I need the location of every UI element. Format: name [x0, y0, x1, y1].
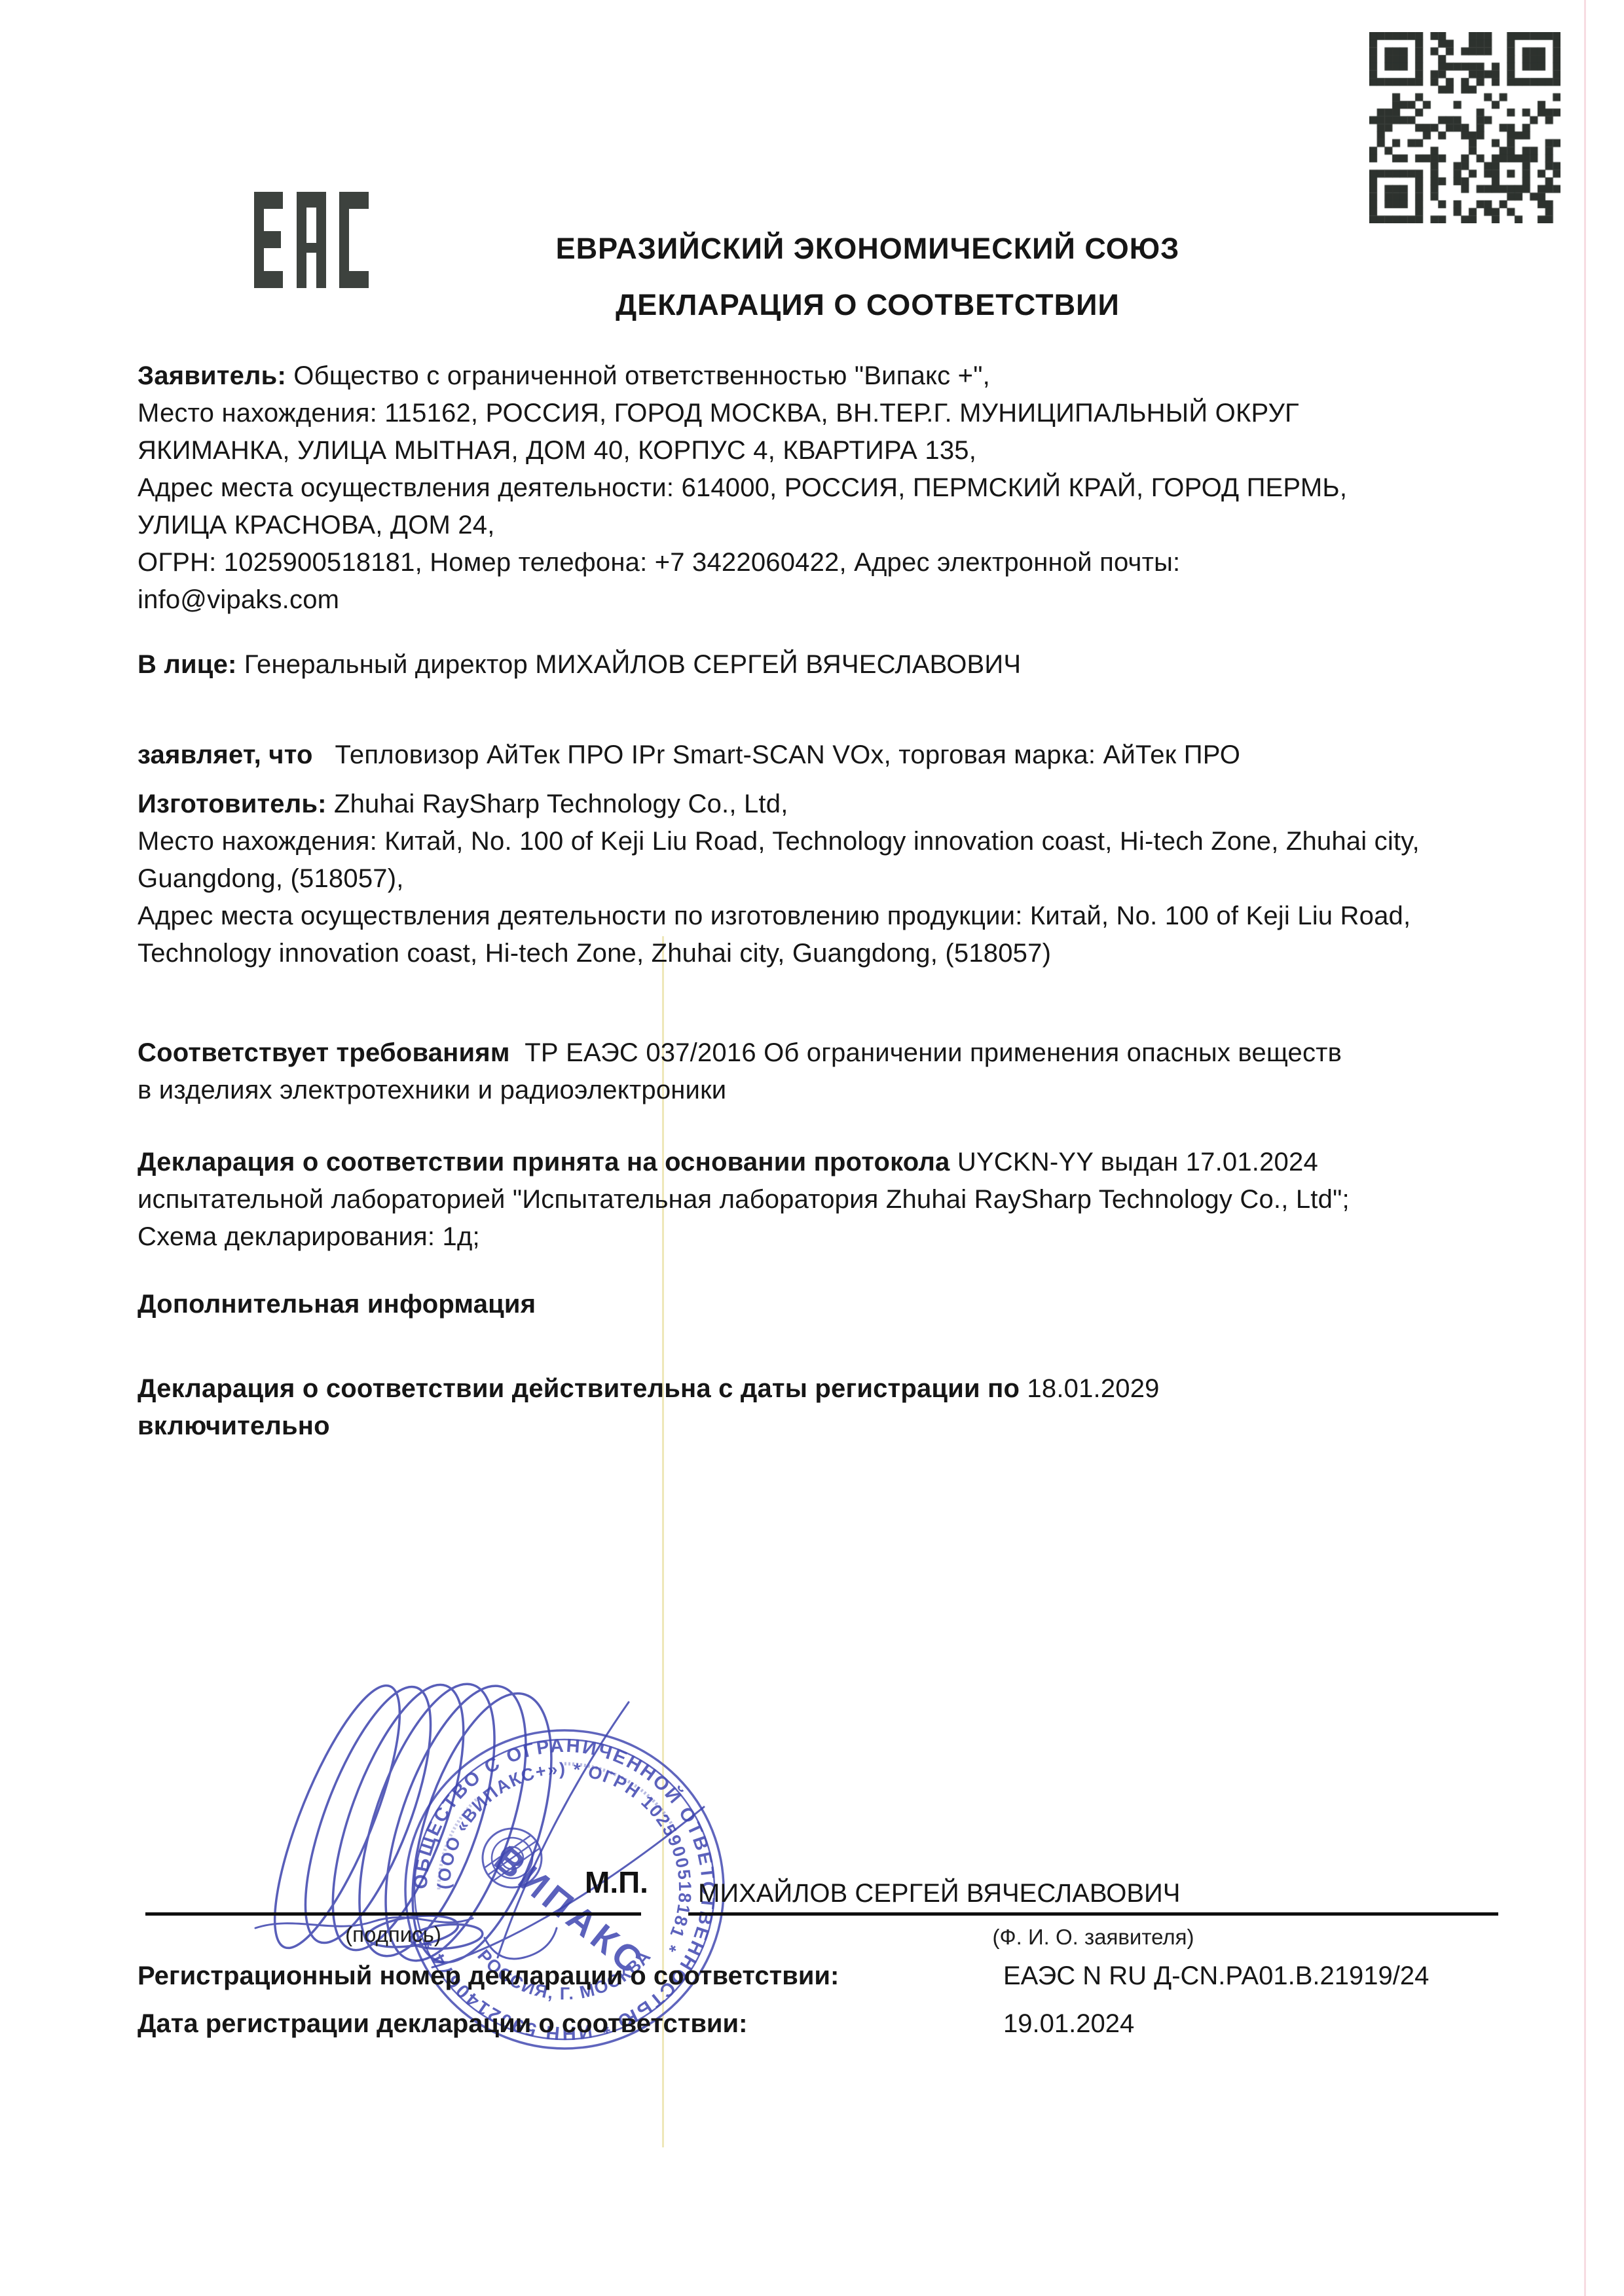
requirements-paragraph: Соответствует требованиям ТР ЕАЭС 037/20… — [138, 1034, 1539, 1109]
scan-streak-pink — [1584, 0, 1586, 2296]
text-line: Изготовитель: Zhuhai RaySharp Technology… — [138, 786, 1539, 823]
additional-info-heading: Дополнительная информация — [138, 1286, 1539, 1323]
text-line: УЛИЦА КРАСНОВА, ДОМ 24, — [138, 507, 1539, 544]
basis-paragraph: Декларация о соответствии принята на осн… — [138, 1144, 1539, 1256]
text-line: Дополнительная информация — [138, 1286, 1539, 1323]
declaration-document-page: ЕВРАЗИЙСКИЙ ЭКОНОМИЧЕСКИЙ СОЮЗ ДЕКЛАРАЦИ… — [0, 0, 1624, 2296]
registration-number-value: ЕАЭС N RU Д-CN.РА01.В.21919/24 — [1003, 1961, 1429, 1991]
text-line: Место нахождения: 115162, РОССИЯ, ГОРОД … — [138, 395, 1539, 432]
signature-line — [145, 1912, 641, 1916]
text-line: В лице: Генеральный директор МИХАЙЛОВ СЕ… — [138, 646, 1539, 683]
registration-date-label: Дата регистрации декларации о соответств… — [138, 2009, 747, 2039]
text-line: Декларация о соответствии принята на осн… — [138, 1144, 1539, 1181]
applicant-full-name: МИХАЙЛОВ СЕРГЕЙ ВЯЧЕСЛАВОВИЧ — [698, 1879, 1180, 1908]
text-line: испытательной лабораторией "Испытательна… — [138, 1181, 1539, 1218]
text-line: заявляет, что Тепловизор АйТек ПРО IPr S… — [138, 737, 1539, 774]
document-header: ЕВРАЗИЙСКИЙ ЭКОНОМИЧЕСКИЙ СОЮЗ ДЕКЛАРАЦИ… — [203, 233, 1532, 321]
manufacturer-paragraph: Изготовитель: Zhuhai RaySharp Technology… — [138, 786, 1539, 972]
applicant-paragraph: Заявитель: Общество с ограниченной ответ… — [138, 357, 1539, 619]
registration-number-label: Регистрационный номер декларации о соотв… — [138, 1961, 839, 1991]
text-line: Декларация о соответствии действительна … — [138, 1370, 1539, 1408]
text-line: Адрес места осуществления деятельности: … — [138, 469, 1539, 507]
text-line: Technology innovation coast, Hi-tech Zon… — [138, 935, 1539, 972]
stamp-place-label: М.П. — [585, 1865, 648, 1900]
text-line: Guangdong, (518057), — [138, 860, 1539, 898]
full-name-caption: (Ф. И. О. заявителя) — [688, 1925, 1498, 1950]
person-paragraph: В лице: Генеральный директор МИХАЙЛОВ СЕ… — [138, 646, 1539, 683]
text-line: Схема декларирования: 1д; — [138, 1218, 1539, 1256]
qr-code — [1369, 32, 1560, 223]
document-title: ДЕКЛАРАЦИЯ О СООТВЕТСТВИИ — [203, 289, 1532, 321]
text-line: Место нахождения: Китай, No. 100 of Keji… — [138, 823, 1539, 860]
registration-date-value: 19.01.2024 — [1003, 2009, 1134, 2039]
full-name-line — [688, 1912, 1498, 1916]
signature-caption: (подпись) — [145, 1922, 641, 1947]
text-line: Адрес места осуществления деятельности п… — [138, 898, 1539, 935]
validity-paragraph: Декларация о соответствии действительна … — [138, 1370, 1539, 1445]
text-line: info@vipaks.com — [138, 581, 1539, 619]
union-title: ЕВРАЗИЙСКИЙ ЭКОНОМИЧЕСКИЙ СОЮЗ — [203, 233, 1532, 264]
text-line: ЯКИМАНКА, УЛИЦА МЫТНАЯ, ДОМ 40, КОРПУС 4… — [138, 432, 1539, 469]
text-line: в изделиях электротехники и радиоэлектро… — [138, 1072, 1539, 1109]
text-line: Соответствует требованиям ТР ЕАЭС 037/20… — [138, 1034, 1539, 1072]
text-line: включительно — [138, 1408, 1539, 1445]
text-line: ОГРН: 1025900518181, Номер телефона: +7 … — [138, 544, 1539, 581]
text-line: Заявитель: Общество с ограниченной ответ… — [138, 357, 1539, 395]
product-paragraph: заявляет, что Тепловизор АйТек ПРО IPr S… — [138, 737, 1539, 774]
